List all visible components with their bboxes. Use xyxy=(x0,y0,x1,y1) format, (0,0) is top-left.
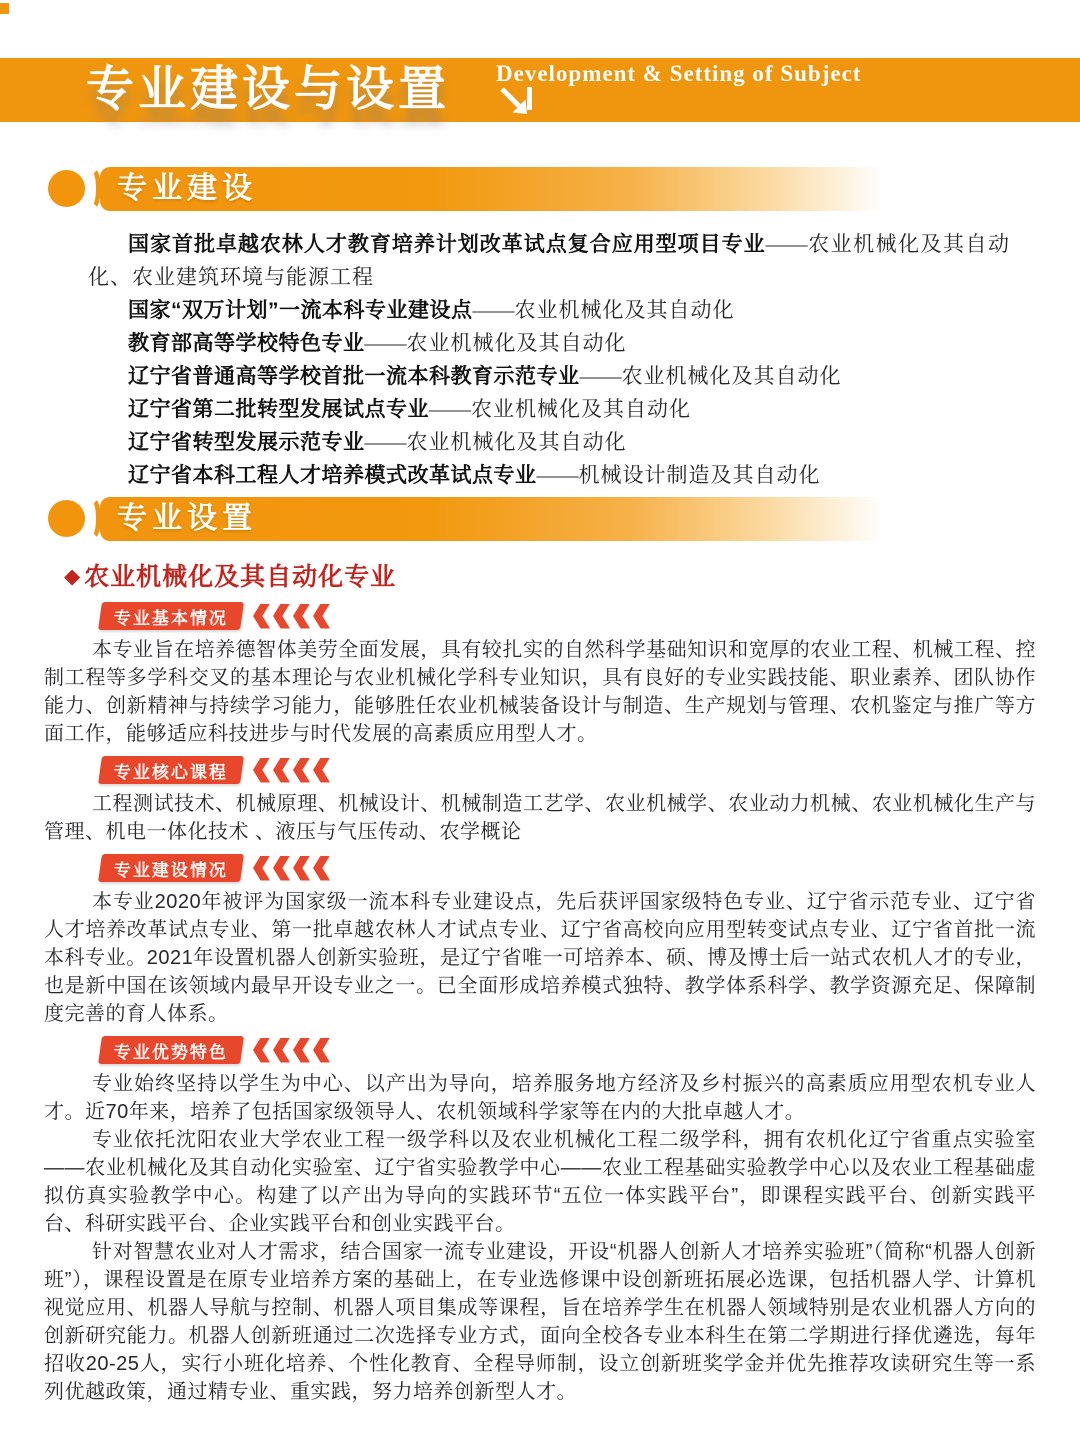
item-head: 辽宁省本科工程人才培养模式改革试点专业 xyxy=(128,464,537,487)
paragraph: 本专业2020年被评为国家级一流本科专业建设点，先后获评国家级特色专业、辽宁省示… xyxy=(44,888,1036,1028)
section-header-construction: 专业建设 xyxy=(0,166,1080,212)
item-head: 辽宁省普通高等学校首批一流本科教育示范专业 xyxy=(128,365,580,388)
section-bar: 专业建设 xyxy=(100,167,1080,211)
badge-advantages: 专业优势特色 xyxy=(100,1036,1080,1064)
badge-construction-status: 专业建设情况 xyxy=(100,854,1080,882)
red-badge: 专业建设情况 xyxy=(98,854,244,882)
chevron-left-icon xyxy=(293,1038,310,1063)
item-dash: —— xyxy=(429,397,471,421)
quad-left-chevron-icon xyxy=(250,602,330,630)
item-dash: —— xyxy=(766,232,808,256)
item-dash: —— xyxy=(365,430,407,454)
item-tail: 农业机械化及其自动化 xyxy=(407,430,627,454)
chevron-left-icon xyxy=(313,856,330,881)
red-badge: 专业核心课程 xyxy=(98,756,244,784)
page-subtitle: Development & Setting of Subject xyxy=(496,61,861,87)
block-basic-info: 专业基本情况 本专业旨在培养德智体美劳全面发展，具有较扎实的自然科学基础知识和宽… xyxy=(0,602,1080,748)
list-item: 国家“双万计划”一流本科专业建设点——农业机械化及其自动化 xyxy=(88,294,1010,327)
block-body: 专业始终坚持以学生为中心、以产出为导向，培养服务地方经济及乡村振兴的高素质应用型… xyxy=(44,1070,1036,1406)
badge-label: 专业建设情况 xyxy=(114,856,228,881)
chevron-left-icon xyxy=(293,856,310,881)
section-bar: 专业设置 xyxy=(100,497,1080,541)
badge-basic-info: 专业基本情况 xyxy=(100,602,1080,630)
list-item: 辽宁省普通高等学校首批一流本科教育示范专业——农业机械化及其自动化 xyxy=(88,360,1010,393)
item-dash: —— xyxy=(365,331,407,355)
item-head: 辽宁省转型发展示范专业 xyxy=(128,431,365,454)
block-advantages: 专业优势特色 专业始终坚持以学生为中心、以产出为导向，培养服务地方经济及乡村振兴… xyxy=(0,1036,1080,1406)
paragraph: 专业依托沈阳农业大学农业工程一级学科以及农业机械化工程二级学科，拥有农机化辽宁省… xyxy=(44,1126,1036,1238)
item-head: 国家“双万计划”一流本科专业建设点 xyxy=(128,299,473,322)
corner-mark xyxy=(0,3,9,14)
red-badge: 专业优势特色 xyxy=(98,1036,244,1064)
chevron-left-icon xyxy=(293,758,310,783)
diamond-bullet-icon: ◆ xyxy=(64,565,81,588)
paragraph: 专业始终坚持以学生为中心、以产出为导向，培养服务地方经济及乡村振兴的高素质应用型… xyxy=(44,1070,1036,1126)
section-arc-icon xyxy=(82,166,101,211)
item-dash: —— xyxy=(473,298,515,322)
list-item: 国家首批卓越农林人才教育培养计划改革试点复合应用型项目专业——农业机械化及其自动… xyxy=(88,228,1010,294)
page-title: 专业建设与设置 xyxy=(86,51,450,129)
badge-label: 专业优势特色 xyxy=(114,1038,228,1063)
badge-label: 专业基本情况 xyxy=(114,604,228,629)
section-dot-icon xyxy=(48,170,85,207)
item-tail: 农业机械化及其自动化 xyxy=(622,364,842,388)
chevron-left-icon xyxy=(313,604,330,629)
top-margin xyxy=(0,0,1080,58)
block-construction-status: 专业建设情况 本专业2020年被评为国家级一流本科专业建设点，先后获评国家级特色… xyxy=(0,854,1080,1028)
chevron-left-icon xyxy=(273,758,290,783)
item-tail: 农业机械化及其自动化 xyxy=(407,331,627,355)
item-tail: 农业机械化及其自动化 xyxy=(471,397,691,421)
section-title: 专业设置 xyxy=(117,497,257,541)
chevron-left-icon xyxy=(293,604,310,629)
chevron-left-icon xyxy=(313,758,330,783)
item-head: 辽宁省第二批转型发展试点专业 xyxy=(128,398,429,421)
chevron-left-icon xyxy=(253,1038,270,1063)
chevron-left-icon xyxy=(273,604,290,629)
paragraph: 工程测试技术、机械原理、机械设计、机械制造工艺学、农业机械学、农业动力机械、农业… xyxy=(44,790,1036,846)
item-tail: 机械设计制造及其自动化 xyxy=(579,463,821,487)
list-item: 辽宁省本科工程人才培养模式改革试点专业——机械设计制造及其自动化 xyxy=(88,459,1010,492)
list-item: 教育部高等学校特色专业——农业机械化及其自动化 xyxy=(88,327,1010,360)
chevron-left-icon xyxy=(253,604,270,629)
section-arc-icon xyxy=(82,496,101,541)
section-header-setting: 专业设置 xyxy=(0,496,1080,542)
quad-left-chevron-icon xyxy=(250,1036,330,1064)
chevron-left-icon xyxy=(273,856,290,881)
chevron-left-icon xyxy=(253,856,270,881)
list-item: 辽宁省转型发展示范专业——农业机械化及其自动化 xyxy=(88,426,1010,459)
block-body: 本专业2020年被评为国家级一流本科专业建设点，先后获评国家级特色专业、辽宁省示… xyxy=(44,888,1036,1028)
chevron-left-icon xyxy=(253,758,270,783)
quad-left-chevron-icon xyxy=(250,854,330,882)
block-core-courses: 专业核心课程 工程测试技术、机械原理、机械设计、机械制造工艺学、农业机械学、农业… xyxy=(0,756,1080,846)
badge-label: 专业核心课程 xyxy=(114,758,228,783)
item-dash: —— xyxy=(580,364,622,388)
badge-core-courses: 专业核心课程 xyxy=(100,756,1080,784)
item-dash: —— xyxy=(537,463,579,487)
red-badge: 专业基本情况 xyxy=(98,602,244,630)
chevron-left-icon xyxy=(313,1038,330,1063)
item-tail: 农业机械化及其自动化 xyxy=(515,298,735,322)
major-title: ◆农业机械化及其自动化专业 xyxy=(64,562,1036,594)
block-body: 工程测试技术、机械原理、机械设计、机械制造工艺学、农业机械学、农业动力机械、农业… xyxy=(44,790,1036,846)
section-title: 专业建设 xyxy=(117,167,257,211)
major-title-text: 农业机械化及其自动化专业 xyxy=(84,563,396,591)
item-head: 教育部高等学校特色专业 xyxy=(128,332,365,355)
quad-left-chevron-icon xyxy=(250,756,330,784)
item-head: 国家首批卓越农林人才教育培养计划改革试点复合应用型项目专业 xyxy=(128,233,766,256)
paragraph: 针对智慧农业对人才需求，结合国家一流专业建设，开设“机器人创新人才培养实验班”（… xyxy=(44,1238,1036,1406)
paragraph: 本专业旨在培养德智体美劳全面发展，具有较扎实的自然科学基础知识和宽厚的农业工程、… xyxy=(44,636,1036,748)
section-dot-icon xyxy=(48,500,85,537)
block-body: 本专业旨在培养德智体美劳全面发展，具有较扎实的自然科学基础知识和宽厚的农业工程、… xyxy=(44,636,1036,748)
top-banner: 专业建设与设置 Development & Setting of Subject xyxy=(0,58,1080,122)
chevron-left-icon xyxy=(273,1038,290,1063)
list-item: 辽宁省第二批转型发展试点专业——农业机械化及其自动化 xyxy=(88,393,1010,426)
construction-list: 国家首批卓越农林人才教育培养计划改革试点复合应用型项目专业——农业机械化及其自动… xyxy=(88,228,1010,492)
arrow-down-right-icon xyxy=(498,85,534,121)
